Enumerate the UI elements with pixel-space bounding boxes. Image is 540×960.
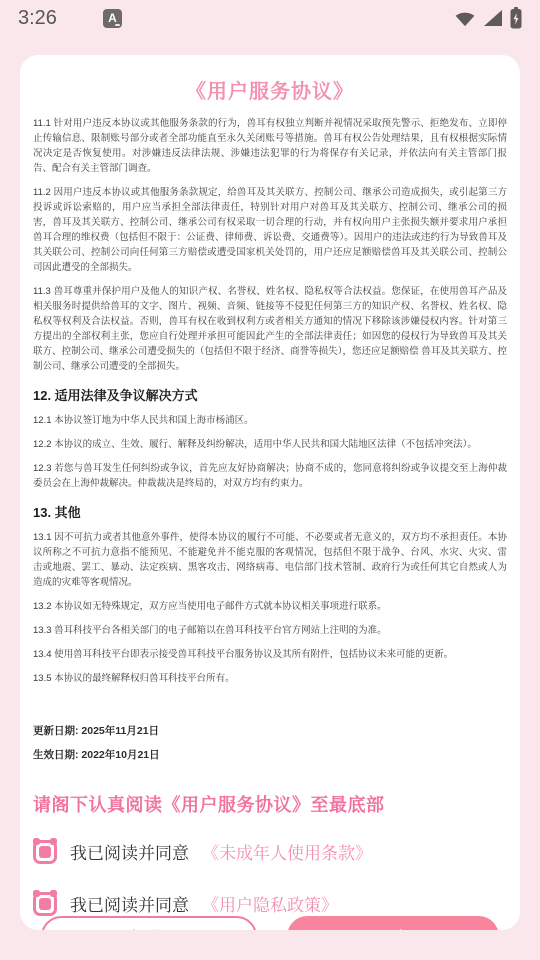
consent-row-minor-terms[interactable]: 我已阅读并同意 《未成年人使用条款》 xyxy=(33,839,507,864)
agreement-paragraph: 12.1 本协议签订地为中华人民共和国上海市杨浦区。 xyxy=(33,413,507,428)
consent-list: 我已阅读并同意 《未成年人使用条款》 我已阅读并同意 《用户隐私政策》 xyxy=(33,839,507,916)
agreement-paragraph: 12.3 若您与兽耳发生任何纠纷或争议，首先应友好协商解决；协商不成的，您同意将… xyxy=(33,461,507,491)
reject-button[interactable]: 拒绝 xyxy=(41,916,257,930)
agreement-paragraph: 12.2 本协议的成立、生效、履行、解释及纠纷解决，适用中华人民共和国大陆地区法… xyxy=(33,437,507,452)
clock: 3:26 xyxy=(18,7,57,30)
effective-date: 生效日期: 2022年10月21日 xyxy=(33,743,507,767)
wifi-icon xyxy=(454,9,476,27)
agreement-paragraph: 13.2 本协议如无特殊规定，双方应当使用电子邮件方式就本协议相关事项进行联系。 xyxy=(33,599,507,614)
updated-date: 更新日期: 2025年11月21日 xyxy=(33,719,507,743)
agreement-body[interactable]: 11.1 针对用户违反本协议或其他服务条款的行为，兽耳有权独立判断并视情况采取预… xyxy=(33,116,507,695)
section-heading: 13. 其他 xyxy=(33,505,507,520)
agreement-paragraph: 11.3 兽耳尊重并保护用户及他人的知识产权、名誉权、姓名权、隐私权等合法权益。… xyxy=(33,284,507,374)
agreement-card: 《用户服务协议》 11.1 针对用户违反本协议或其他服务条款的行为，兽耳有权独立… xyxy=(20,55,520,930)
section-heading: 12. 适用法律及争议解决方式 xyxy=(33,388,507,403)
consent-row-privacy-policy[interactable]: 我已阅读并同意 《用户隐私政策》 xyxy=(33,891,507,916)
checkbox-icon[interactable] xyxy=(33,892,57,916)
agree-button[interactable]: 同意 xyxy=(287,916,499,930)
agreement-paragraph: 13.1 因不可抗力或者其他意外事件，使得本协议的履行不可能、不必要或者无意义的… xyxy=(33,530,507,590)
page-title: 《用户服务协议》 xyxy=(33,75,507,104)
status-bar-icons xyxy=(454,7,522,29)
status-bar: 3:26 A xyxy=(0,0,540,36)
agreement-paragraph: 11.2 因用户违反本协议或其他服务条款规定，给兽耳及其关联方、控制公司、继承公… xyxy=(33,185,507,275)
agreement-paragraph: 13.3 兽耳科技平台各相关部门的电子邮箱以在兽耳科技平台官方网站上注明的为准。 xyxy=(33,623,507,638)
cellular-signal-icon xyxy=(483,9,503,27)
agreement-dates: 更新日期: 2025年11月21日 生效日期: 2022年10月21日 xyxy=(33,719,507,767)
checkbox-check-fill xyxy=(39,846,51,858)
consent-label: 我已阅读并同意 xyxy=(70,839,189,864)
consent-label: 我已阅读并同意 xyxy=(70,891,189,916)
action-buttons: 拒绝 同意 xyxy=(33,916,507,930)
checkbox-check-fill xyxy=(39,898,51,910)
battery-charging-icon xyxy=(510,7,522,29)
ime-letter: A xyxy=(108,11,117,25)
agreement-paragraph: 13.4 使用兽耳科技平台即表示接受兽耳科技平台服务协议及其所有附件，包括协议未… xyxy=(33,647,507,662)
read-to-bottom-notice: 请阁下认真阅读《用户服务协议》至最底部 xyxy=(33,791,507,817)
input-method-icon: A xyxy=(103,9,122,28)
checkbox-icon[interactable] xyxy=(33,840,57,864)
agreement-paragraph: 13.5 本协议的最终解释权归兽耳科技平台所有。 xyxy=(33,671,507,686)
privacy-policy-link[interactable]: 《用户隐私政策》 xyxy=(202,891,338,916)
screen: 3:26 A 《用户服务协议》 11.1 针对用户违反本协议或其他服务条款的行为… xyxy=(0,0,540,960)
agreement-paragraph: 11.1 针对用户违反本协议或其他服务条款的行为，兽耳有权独立判断并视情况采取预… xyxy=(33,116,507,176)
minor-terms-link[interactable]: 《未成年人使用条款》 xyxy=(202,839,372,864)
